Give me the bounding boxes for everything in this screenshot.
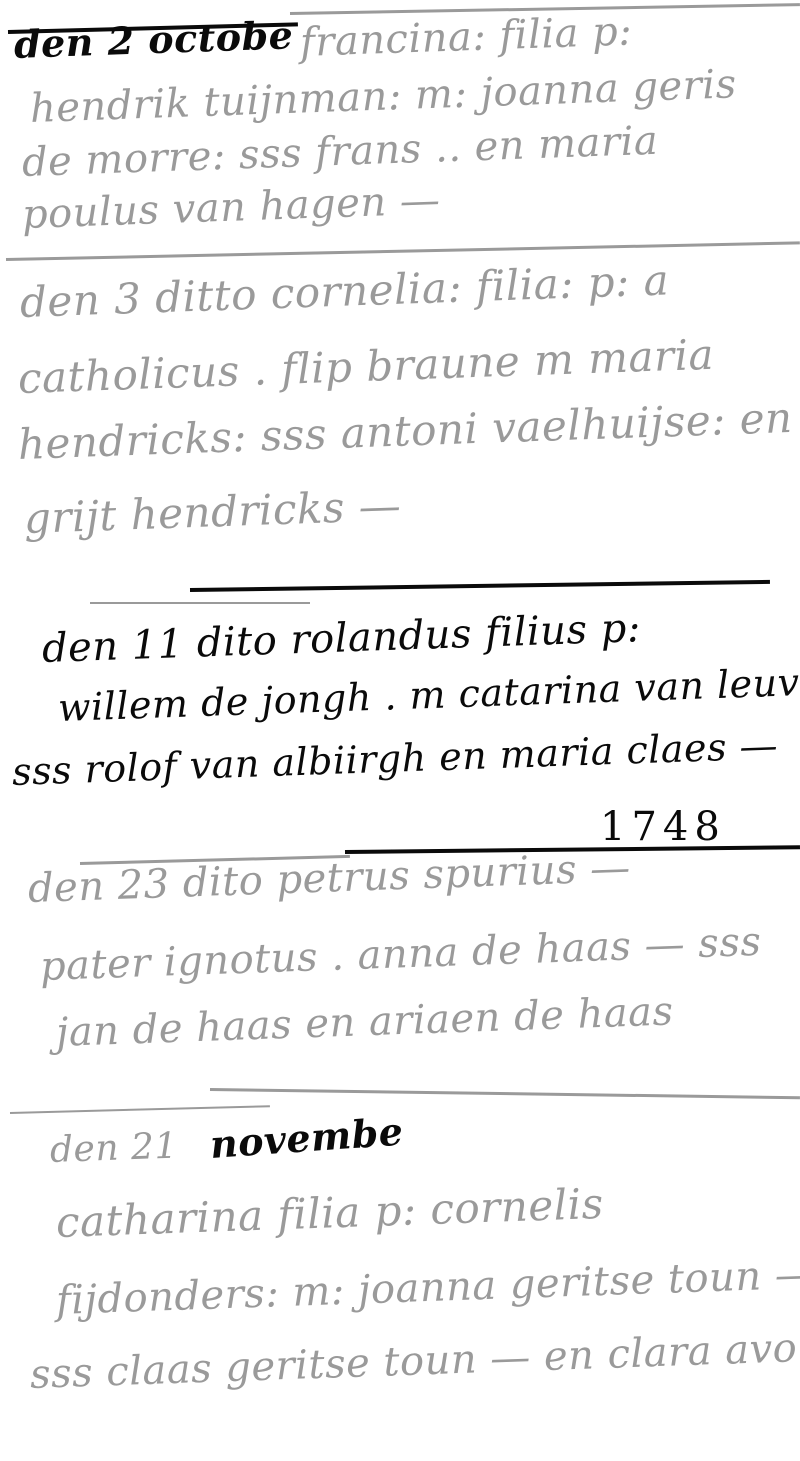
entry-separator-faded: [90, 602, 310, 604]
entry-text-line: den 11 dito rolandus filius p:: [41, 605, 641, 672]
entry-text-line: sss rolof van albiirgh en maria claes —: [11, 723, 778, 794]
entry-text-line: den 3 ditto cornelia: filia: p: a: [19, 255, 670, 327]
register-page: den 2 octobe francina: filia p: hendrik …: [0, 0, 800, 1461]
entry-text-line: poulus van hagen —: [21, 177, 441, 238]
entry-separator-faded: [10, 1105, 270, 1114]
entry-text-line: willem de jongh . m catarina van leuven: [57, 658, 800, 730]
entry-text-line: hendricks: sss antoni vaelhuijse: en: [17, 393, 793, 469]
entry-year: 1748: [600, 804, 726, 850]
entry-text-line: jan de haas en ariaen de haas: [55, 988, 674, 1056]
entry-date: den 21: [49, 1126, 178, 1171]
entry-text-line: sss claas geritse toun — en clara avons: [29, 1324, 800, 1398]
entry-text-line: grijt hendricks —: [23, 481, 402, 543]
entry-text-line: den 23 dito petrus spurius —: [27, 845, 631, 912]
entry-separator: [6, 241, 800, 261]
entry-text-line: catholicus . flip braune m maria: [17, 330, 715, 403]
entry-separator: [190, 580, 770, 592]
entry-text-line: catharina filia p: cornelis: [55, 1179, 604, 1247]
entry-text-line: francina: filia p:: [299, 8, 633, 66]
entry-separator: [210, 1088, 800, 1099]
entry-date: den 2 octobe: [13, 12, 294, 67]
entry-month: novembe: [208, 1109, 404, 1167]
entry-text-line: pater ignotus . anna de haas — sss: [39, 919, 762, 990]
entry-text-line: fijdonders: m: joanna geritse toun —: [55, 1252, 800, 1324]
